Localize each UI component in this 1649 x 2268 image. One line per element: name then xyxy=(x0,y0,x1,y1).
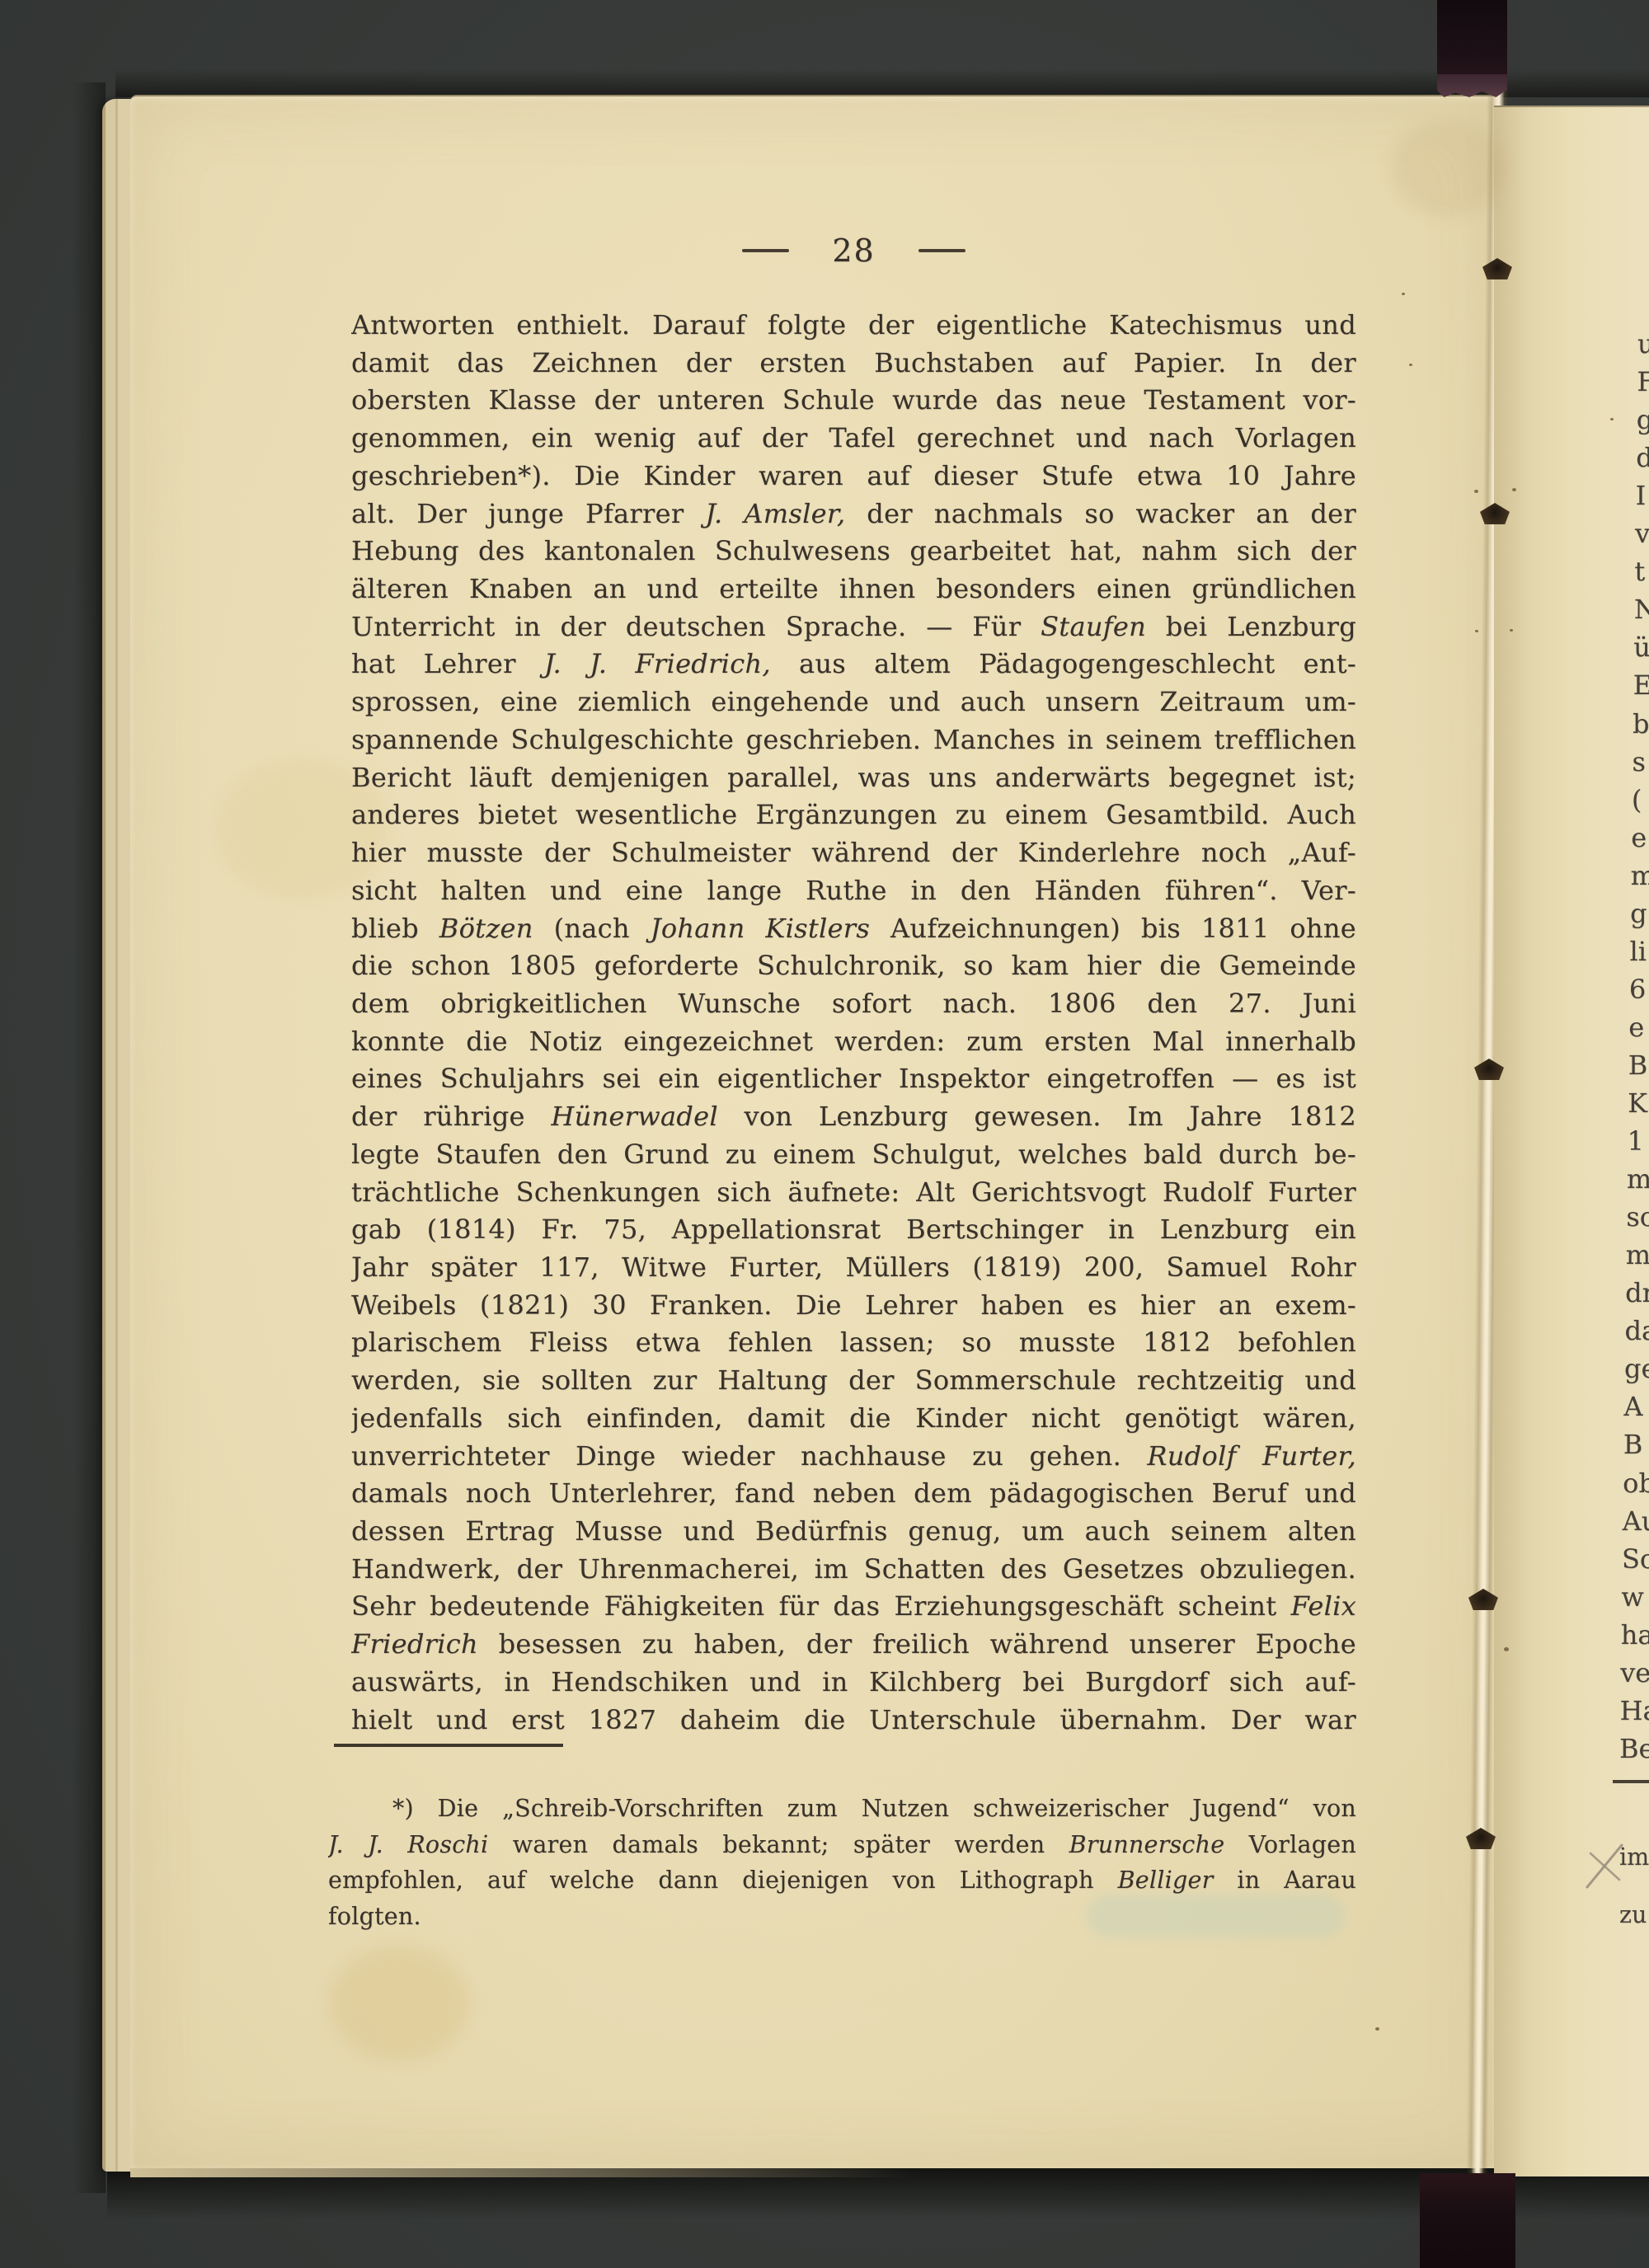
text-segment: jedenfalls sich einfinden, damit die Kin… xyxy=(351,1402,1356,1434)
text-segment: legte Staufen den Grund zu einem Schulgu… xyxy=(351,1139,1356,1170)
body-text-line: hielt und erst 1827 daheim die Unterschu… xyxy=(351,1702,1356,1740)
next-page-line-fragment: K xyxy=(1628,1087,1647,1119)
next-page-line-fragment: I xyxy=(1636,480,1647,511)
next-page-footnote-fragment: zu xyxy=(1619,1901,1647,1928)
text-segment: Antworten enthielt. Darauf folgte der ei… xyxy=(351,309,1356,340)
next-page-line-fragment: da xyxy=(1625,1315,1649,1346)
text-segment: Aufzeichnungen) bis 1811 ohne xyxy=(870,913,1356,944)
next-page-line-fragment: u xyxy=(1637,328,1649,359)
body-text-line: eines Schuljahrs sei ein eigentlicher In… xyxy=(351,1060,1356,1098)
body-text-line: sprossen, eine ziemlich eingehende und a… xyxy=(351,683,1356,721)
footnote-separator xyxy=(334,1744,563,1747)
italic-text-segment: Hünerwadel xyxy=(551,1101,717,1132)
body-text-line: legte Staufen den Grund zu einem Schulgu… xyxy=(351,1136,1356,1174)
body-text-line: hat Lehrer J. J. Friedrich, aus altem Pä… xyxy=(351,646,1356,683)
next-page-line-fragment: m xyxy=(1627,1163,1649,1195)
next-page-line-fragment: sc xyxy=(1626,1201,1649,1233)
page-header: 28 xyxy=(351,232,1356,270)
text-segment: hier musste der Schulmeister während der… xyxy=(351,837,1356,868)
next-page-line-fragment: E xyxy=(1633,669,1649,701)
text-segment: dessen Ertrag Musse und Bedürfnis genug,… xyxy=(351,1515,1356,1547)
text-segment: damals noch Unterlehrer, fand neben dem … xyxy=(351,1477,1356,1509)
header-dash-right xyxy=(918,249,965,252)
next-page-line-fragment: ha xyxy=(1621,1619,1649,1651)
next-page-line-fragment: m xyxy=(1631,860,1649,891)
page-shadow-left xyxy=(73,82,106,2193)
italic-text-segment: J. J. Friedrich, xyxy=(544,648,771,679)
next-page-line-fragment: 1 xyxy=(1628,1125,1644,1157)
text-segment: auswärts, in Hendschiken und in Kilchber… xyxy=(351,1666,1356,1697)
text-segment: (nach xyxy=(533,913,651,944)
paper-speck xyxy=(1375,2027,1379,2031)
text-segment: konnte die Notiz eingezeichnet werden: z… xyxy=(351,1026,1356,1057)
text-segment: genommen, ein wenig auf der Tafel gerech… xyxy=(351,422,1356,453)
body-text-line: sicht halten und eine lange Ruthe in den… xyxy=(351,872,1356,910)
bookmark-ribbon-top-tip xyxy=(1437,74,1507,97)
next-page-line-fragment: v xyxy=(1635,518,1649,549)
next-page-line-fragment: B xyxy=(1628,1049,1648,1081)
next-page-line-fragment: ve xyxy=(1620,1657,1649,1688)
next-page-line-fragment: Ha xyxy=(1620,1695,1649,1726)
text-segment: gab (1814) Fr. 75, Appellationsrat Berts… xyxy=(351,1214,1356,1245)
paper-speck xyxy=(1504,1647,1509,1651)
text-segment: empfohlen, auf welche dann diejenigen vo… xyxy=(328,1867,1118,1894)
next-page-line-fragment: ob xyxy=(1623,1467,1649,1499)
body-text-line: der rührige Hünerwadel von Lenzburg gewe… xyxy=(351,1098,1356,1136)
paper-speck xyxy=(1474,490,1478,493)
body-text-line: damit das Zeichnen der ersten Buchstaben… xyxy=(351,345,1356,383)
text-segment: trächtliche Schenkungen sich äufnete: Al… xyxy=(351,1176,1356,1208)
text-segment: geschrieben*). Die Kinder waren auf dies… xyxy=(351,460,1356,491)
header-dash-left xyxy=(742,249,789,252)
next-page-line-fragment: w xyxy=(1621,1581,1643,1613)
body-text-line: Hebung des kantonalen Schulwesens gearbe… xyxy=(351,533,1356,571)
body-text-line: alt. Der junge Pfarrer J. Amsler, der na… xyxy=(351,495,1356,533)
next-page-line-fragment: d xyxy=(1636,442,1649,473)
body-text-line: blieb Bötzen (nach Johann Kistlers Aufze… xyxy=(351,910,1356,948)
next-page-line-fragment: t xyxy=(1634,556,1645,587)
page-shadow-top xyxy=(115,69,1649,97)
italic-text-segment: Friedrich xyxy=(351,1628,478,1660)
italic-text-segment: Staufen xyxy=(1041,611,1146,642)
text-segment: anderes bietet wesentliche Ergänzungen z… xyxy=(351,799,1356,830)
text-segment: werden, sie sollten zur Haltung der Somm… xyxy=(351,1364,1356,1396)
body-text-line: damals noch Unterlehrer, fand neben dem … xyxy=(351,1475,1356,1513)
italic-text-segment: Rudolf Furter, xyxy=(1147,1440,1356,1472)
text-segment: folgten. xyxy=(328,1903,421,1930)
text-segment: aus altem Pädagogengeschlecht ent- xyxy=(771,648,1356,679)
text-segment: dem obrigkeitlichen Wunsche sofort nach.… xyxy=(351,988,1356,1019)
text-segment: hat Lehrer xyxy=(351,648,544,679)
text-segment: obersten Klasse der unteren Schule wurde… xyxy=(351,384,1356,416)
body-text: Antworten enthielt. Darauf folgte der ei… xyxy=(351,307,1356,1739)
next-page-line-fragment: F xyxy=(1637,366,1649,397)
page-stack-edge-left xyxy=(102,99,132,2172)
text-segment: Weibels (1821) 30 Franken. Die Lehrer ha… xyxy=(351,1289,1356,1321)
next-page-line-fragment: ge xyxy=(1624,1353,1649,1384)
next-page-line-fragment: Be xyxy=(1619,1733,1649,1764)
next-page-line-fragment: N xyxy=(1634,594,1649,625)
text-segment: Hebung des kantonalen Schulwesens gearbe… xyxy=(351,535,1356,566)
text-segment: *) Die „Schreib-Vorschriften zum Nutzen … xyxy=(392,1795,1356,1822)
body-text-line: konnte die Notiz eingezeichnet werden: z… xyxy=(351,1023,1356,1061)
text-segment: sprossen, eine ziemlich eingehende und a… xyxy=(351,686,1356,717)
body-text-line: Bericht läuft demjenigen parallel, was u… xyxy=(351,759,1356,797)
footnote-text: *) Die „Schreib-Vorschriften zum Nutzen … xyxy=(328,1791,1356,1934)
next-page-line-fragment: m xyxy=(1626,1239,1649,1270)
body-text-line: Weibels (1821) 30 Franken. Die Lehrer ha… xyxy=(351,1287,1356,1325)
body-text-line: obersten Klasse der unteren Schule wurde… xyxy=(351,382,1356,420)
text-segment: die schon 1805 geforderte Schulchronik, … xyxy=(351,950,1356,981)
body-text-line: plarischem Fleiss etwa fehlen lassen; so… xyxy=(351,1324,1356,1362)
text-segment: plarischem Fleiss etwa fehlen lassen; so… xyxy=(351,1327,1356,1358)
text-segment: alt. Der junge Pfarrer xyxy=(351,498,705,529)
text-segment: unverrichteter Dinge wieder nachhause zu… xyxy=(351,1440,1147,1472)
next-page-line-fragment: li xyxy=(1629,936,1646,967)
next-page-line-fragment: ( xyxy=(1632,784,1642,815)
body-text-line: spannende Schulgeschichte geschrieben. M… xyxy=(351,721,1356,759)
body-text-line: werden, sie sollten zur Haltung der Somm… xyxy=(351,1362,1356,1400)
next-page-line-fragment: Sc xyxy=(1622,1543,1649,1575)
footnote-text-line: J. J. Roschi waren damals bekannt; späte… xyxy=(328,1827,1356,1863)
body-text-line: auswärts, in Hendschiken und in Kilchber… xyxy=(351,1664,1356,1702)
body-text-line: Jahr später 117, Witwe Furter, Müllers (… xyxy=(351,1249,1356,1287)
text-segment: Sehr bedeutende Fähigkeiten für das Erzi… xyxy=(351,1590,1291,1622)
body-text-line: älteren Knaben an und erteilte ihnen bes… xyxy=(351,571,1356,608)
next-page-line-fragment: B xyxy=(1623,1429,1643,1460)
body-text-line: dem obrigkeitlichen Wunsche sofort nach.… xyxy=(351,985,1356,1023)
text-segment: besessen zu haben, der freilich während … xyxy=(478,1628,1356,1660)
next-page-line-fragment: e xyxy=(1631,822,1647,853)
text-segment: bei Lenzburg xyxy=(1146,611,1356,642)
italic-text-segment: Bötzen xyxy=(439,913,533,944)
body-text-line: hier musste der Schulmeister während der… xyxy=(351,834,1356,872)
footnote-text-line: empfohlen, auf welche dann diejenigen vo… xyxy=(328,1862,1356,1899)
body-text-line: jedenfalls sich einfinden, damit die Kin… xyxy=(351,1400,1356,1438)
text-segment: Bericht läuft demjenigen parallel, was u… xyxy=(351,762,1356,793)
next-page-line-fragment: b xyxy=(1633,708,1649,740)
body-text-line: trächtliche Schenkungen sich äufnete: Al… xyxy=(351,1174,1356,1212)
text-segment: Unterricht in der deutschen Sprache. — F… xyxy=(351,611,1041,642)
next-page-line-fragment: g xyxy=(1637,404,1649,435)
italic-text-segment: Felix xyxy=(1291,1590,1356,1622)
text-segment: sicht halten und eine lange Ruthe in den… xyxy=(351,875,1356,906)
body-text-line: Friedrich besessen zu haben, der freilic… xyxy=(351,1626,1356,1664)
body-text-line: geschrieben*). Die Kinder waren auf dies… xyxy=(351,458,1356,495)
next-page-footnote-separator xyxy=(1613,1780,1649,1783)
body-text-line: dessen Ertrag Musse und Bedürfnis genug,… xyxy=(351,1513,1356,1551)
footnote-text-line: folgten. xyxy=(328,1899,1356,1935)
next-page-line-fragment: s xyxy=(1632,746,1645,777)
page-number: 28 xyxy=(832,232,875,269)
body-text-line: genommen, ein wenig auf der Tafel gerech… xyxy=(351,420,1356,458)
italic-text-segment: J. J. Roschi xyxy=(328,1831,488,1858)
text-segment: Vorlagen xyxy=(1224,1831,1356,1858)
text-segment: Handwerk, der Uhrenmacherei, im Schatten… xyxy=(351,1553,1356,1585)
text-segment: der nachmals so wacker an der xyxy=(845,498,1356,529)
body-text-line: Sehr bedeutende Fähigkeiten für das Erzi… xyxy=(351,1588,1356,1626)
text-segment: hielt und erst 1827 daheim die Unterschu… xyxy=(351,1704,1356,1735)
next-page-line-fragment: 6 xyxy=(1629,974,1646,1005)
bookmark-ribbon-top xyxy=(1437,0,1507,76)
italic-text-segment: Brunnersche xyxy=(1069,1831,1225,1858)
text-segment: spannende Schulgeschichte geschrieben. M… xyxy=(351,724,1356,755)
next-page-line-fragment: e xyxy=(1628,1012,1644,1043)
footnote-text-line: *) Die „Schreib-Vorschriften zum Nutzen … xyxy=(328,1791,1356,1827)
italic-text-segment: Johann Kistlers xyxy=(651,913,870,944)
text-segment: eines Schuljahrs sei ein eigentlicher In… xyxy=(351,1063,1356,1094)
body-text-line: Unterricht in der deutschen Sprache. — F… xyxy=(351,608,1356,646)
book-scan-photo: 28 Antworten enthielt. Darauf folgte der… xyxy=(0,0,1649,2268)
body-text-line: gab (1814) Fr. 75, Appellationsrat Berts… xyxy=(351,1211,1356,1249)
next-page-line-fragment: ü xyxy=(1633,632,1649,663)
next-page-line-fragment: Au xyxy=(1623,1505,1649,1537)
body-text-line: Handwerk, der Uhrenmacherei, im Schatten… xyxy=(351,1551,1356,1589)
text-segment: älteren Knaben an und erteilte ihnen bes… xyxy=(351,573,1356,604)
text-segment: waren damals bekannt; später werden xyxy=(488,1831,1069,1858)
body-text-line: anderes bietet wesentliche Ergänzungen z… xyxy=(351,796,1356,834)
next-page-line-fragment: A xyxy=(1623,1391,1642,1422)
next-page-line-fragment: g xyxy=(1630,898,1647,929)
italic-text-segment: Belliger xyxy=(1118,1867,1214,1894)
body-text-line: Antworten enthielt. Darauf folgte der ei… xyxy=(351,307,1356,345)
text-segment: Jahr später 117, Witwe Furter, Müllers (… xyxy=(351,1251,1356,1283)
next-page-line-fragment: dr xyxy=(1625,1277,1649,1308)
paper-speck xyxy=(1512,488,1516,491)
body-text-line: die schon 1805 geforderte Schulchronik, … xyxy=(351,947,1356,985)
text-segment: damit das Zeichnen der ersten Buchstaben… xyxy=(351,347,1356,378)
text-segment: der rührige xyxy=(351,1101,551,1132)
text-segment: blieb xyxy=(351,913,439,944)
body-text-line: unverrichteter Dinge wieder nachhause zu… xyxy=(351,1438,1356,1476)
paper-stain xyxy=(330,1946,470,2061)
text-segment: von Lenzburg gewesen. Im Jahre 1812 xyxy=(718,1101,1356,1132)
pencil-x-mark xyxy=(1583,1841,1628,1890)
italic-text-segment: J. Amsler, xyxy=(705,498,845,529)
text-segment: in Aarau xyxy=(1213,1867,1356,1894)
paper-stain xyxy=(1392,120,1507,216)
bookmark-ribbon-bottom xyxy=(1420,2173,1515,2268)
